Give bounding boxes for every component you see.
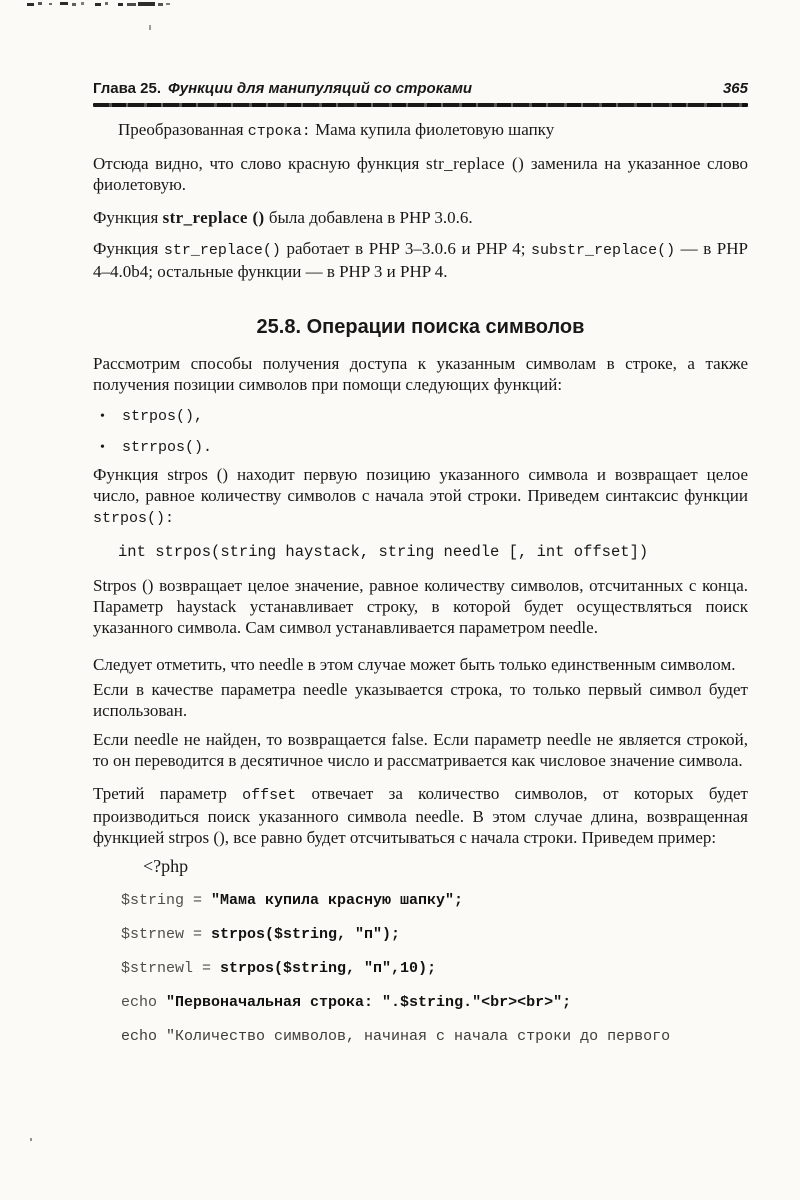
output-text: Преобразованная bbox=[118, 120, 248, 139]
code-line-string-assign: $string = "Мама купила красную шапку"; bbox=[93, 892, 748, 910]
code-text: "Первоначальная строка: ".$string."<br><… bbox=[166, 994, 571, 1011]
parameter-name-code: offset bbox=[242, 787, 296, 804]
code-text: echo "Количество символов, начиная с нач… bbox=[121, 1028, 670, 1045]
scan-artifact bbox=[149, 25, 151, 30]
code-line-strnewl: $strnewl = strpos($string, "п",10); bbox=[93, 960, 748, 978]
scan-artifact bbox=[138, 2, 155, 6]
paragraph-text: Функция bbox=[93, 239, 164, 258]
php-open-tag: <?php bbox=[93, 856, 748, 876]
function-name: str_replace () bbox=[426, 154, 524, 173]
output-text: Мама купила фиолетовую шапку bbox=[311, 120, 554, 139]
code-text: strpos($string, "п"); bbox=[211, 926, 400, 943]
function-name: str_replace () bbox=[163, 208, 265, 227]
scan-artifact bbox=[158, 3, 163, 6]
scan-artifact bbox=[27, 3, 34, 6]
scan-artifact bbox=[72, 3, 76, 6]
paragraph-text: Функция bbox=[93, 208, 163, 227]
scan-artifact bbox=[81, 2, 84, 5]
scan-artifact bbox=[118, 3, 123, 6]
list-item-strrpos: • strrpos(). bbox=[93, 439, 748, 457]
scan-artifact bbox=[38, 2, 42, 5]
function-name-code: str_replace() bbox=[164, 242, 281, 259]
paragraph-text: Отсюда видно, что слово красную функция bbox=[93, 154, 426, 173]
paragraph-text: работает в PHP 3–3.0.6 и PHP 4; bbox=[281, 239, 531, 258]
scan-artifact bbox=[60, 2, 68, 5]
paragraph-returns: Strpos () возвращает целое значение, рав… bbox=[93, 575, 748, 638]
page-number: 365 bbox=[723, 80, 748, 98]
strpos-syntax-line: int strpos(string haystack, string needl… bbox=[93, 542, 748, 562]
output-code-word: строка: bbox=[248, 123, 311, 140]
scan-artifact bbox=[105, 2, 108, 5]
paragraph-intro: Рассмотрим способы получения доступа к у… bbox=[93, 353, 748, 395]
bullet-icon: • bbox=[93, 408, 122, 426]
function-list: • strpos(), • strrpos(). bbox=[93, 408, 748, 457]
scan-artifact bbox=[166, 3, 170, 5]
paragraph-needle-note: Следует отметить, что needle в этом случ… bbox=[93, 654, 748, 675]
book-page: Глава 25. Функции для манипуляций со стр… bbox=[0, 0, 800, 1200]
code-text: $strnewl = bbox=[121, 960, 220, 977]
code-line-echo-count: echo "Количество символов, начиная с нач… bbox=[93, 1028, 748, 1046]
paragraph-replace-result: Отсюда видно, что слово красную функция … bbox=[93, 153, 748, 195]
chapter-title: Функции для манипуляций со строками bbox=[168, 80, 723, 98]
paragraph-text: Третий параметр bbox=[93, 784, 242, 803]
header-rule bbox=[93, 103, 748, 107]
scan-artifact bbox=[30, 1138, 32, 1141]
page-content: Глава 25. Функции для манипуляций со стр… bbox=[0, 80, 800, 1046]
code-text: $string = bbox=[121, 892, 211, 909]
php-code-block: <?php $string = "Мама купила красную шап… bbox=[93, 856, 748, 1046]
code-line-echo-original: echo "Первоначальная строка: ".$string."… bbox=[93, 994, 748, 1012]
scan-artifact bbox=[49, 3, 52, 5]
paragraph-works-in-php: Функция str_replace() работает в PHP 3–3… bbox=[93, 238, 748, 282]
scan-artifact bbox=[127, 3, 136, 6]
function-name-code: strpos(): bbox=[93, 510, 174, 527]
paragraph-first-char: Если в качестве параметра needle указыва… bbox=[93, 679, 748, 721]
scan-artifact bbox=[95, 3, 101, 6]
paragraph-added-in-php: Функция str_replace () была добавлена в … bbox=[93, 207, 748, 228]
code-line-strnew: $strnew = strpos($string, "п"); bbox=[93, 926, 748, 944]
section-heading: 25.8. Операции поиска символов bbox=[93, 315, 748, 340]
paragraph-text: была добавлена в PHP 3.0.6. bbox=[265, 208, 473, 227]
bullet-icon: • bbox=[93, 439, 122, 457]
code-text: "Мама купила красную шапку"; bbox=[211, 892, 463, 909]
program-output-line: Преобразованная строка: Мама купила фиол… bbox=[93, 119, 748, 142]
paragraph-strpos-description: Функция strpos () находит первую позицию… bbox=[93, 464, 748, 529]
paragraph-text: Функция strpos () находит первую позицию… bbox=[93, 465, 748, 505]
list-item-strpos: • strpos(), bbox=[93, 408, 748, 426]
code-text: $strnew = bbox=[121, 926, 211, 943]
code-text: echo bbox=[121, 994, 166, 1011]
function-name-code: substr_replace() bbox=[531, 242, 675, 259]
function-name-code: strpos(), bbox=[122, 408, 203, 426]
chapter-label: Глава 25. bbox=[93, 80, 161, 98]
code-text: strpos($string, "п",10); bbox=[220, 960, 436, 977]
page-header: Глава 25. Функции для манипуляций со стр… bbox=[93, 80, 748, 98]
paragraph-offset: Третий параметр offset отвечает за колич… bbox=[93, 783, 748, 848]
paragraph-false-return: Если needle не найден, то возвращается f… bbox=[93, 729, 748, 771]
function-name-code: strrpos(). bbox=[122, 439, 212, 457]
